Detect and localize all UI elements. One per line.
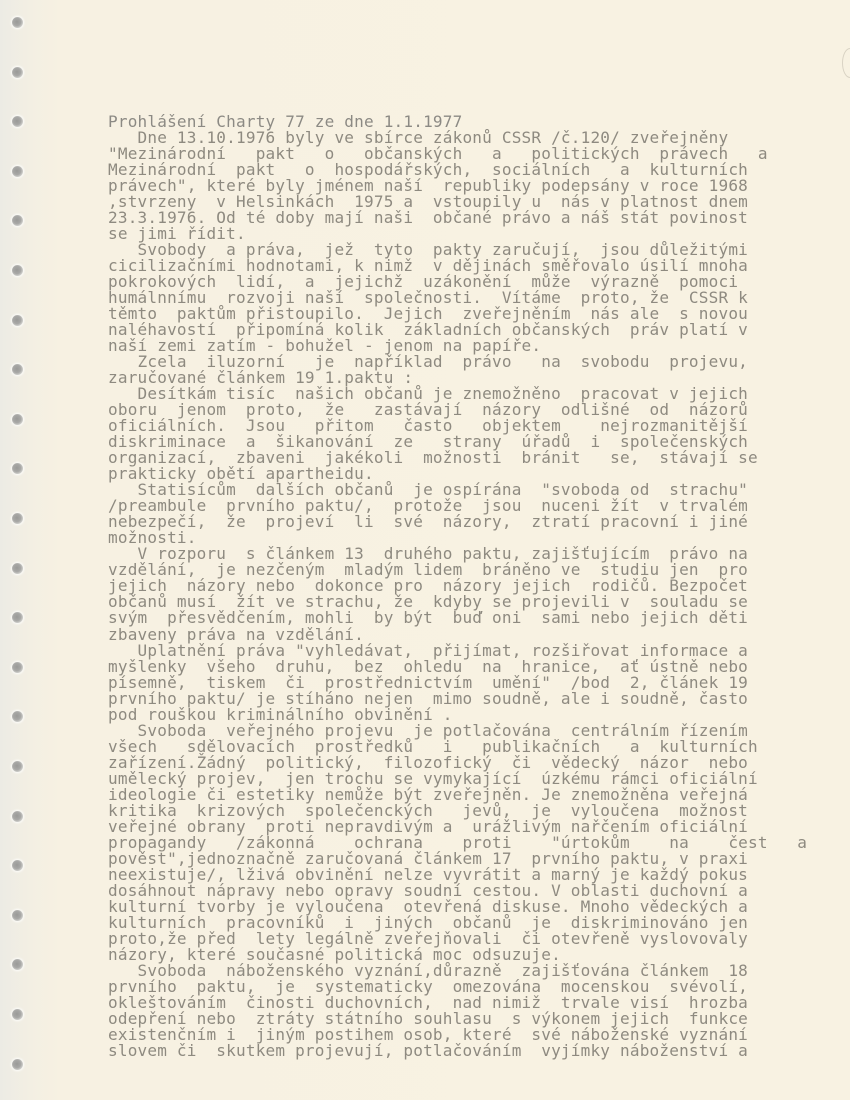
scanned-document-page: Prohlášení Charty 77 ze dne 1.1.1977 Dne… (0, 0, 850, 1100)
punch-hole-icon (12, 711, 23, 722)
punch-hole-icon (12, 166, 23, 177)
punch-hole-icon (12, 1009, 23, 1020)
text-line: slovem či skutkem projevují, potlačování… (108, 1043, 761, 1059)
paper-edge-curl (842, 48, 850, 78)
punch-hole-icon (12, 364, 23, 375)
punch-hole-icon (12, 662, 23, 673)
document-body: Prohlášení Charty 77 ze dne 1.1.1977 Dne… (108, 114, 768, 1091)
punch-hole-icon (12, 513, 23, 524)
punch-hole-icon (12, 215, 23, 226)
punch-hole-icon (12, 265, 23, 276)
punch-hole-icon (12, 811, 23, 822)
punch-hole-icon (12, 1059, 23, 1070)
punch-hole-icon (12, 315, 23, 326)
punch-hole-icon (12, 414, 23, 425)
punch-hole-icon (12, 860, 23, 871)
punch-hole-icon (12, 463, 23, 474)
punch-hole-icon (12, 563, 23, 574)
text-line (108, 1059, 761, 1075)
punch-hole-icon (12, 761, 23, 772)
punch-hole-icon (12, 116, 23, 127)
punch-hole-icon (12, 959, 23, 970)
punch-hole-icon (12, 910, 23, 921)
text-line (108, 1075, 761, 1091)
punch-hole-icon (12, 612, 23, 623)
perforated-margin (0, 0, 40, 1100)
punch-hole-icon (12, 17, 23, 28)
punch-hole-icon (12, 67, 23, 78)
text-line: nebezpečí, že projeví li své názory, ztr… (108, 514, 761, 530)
